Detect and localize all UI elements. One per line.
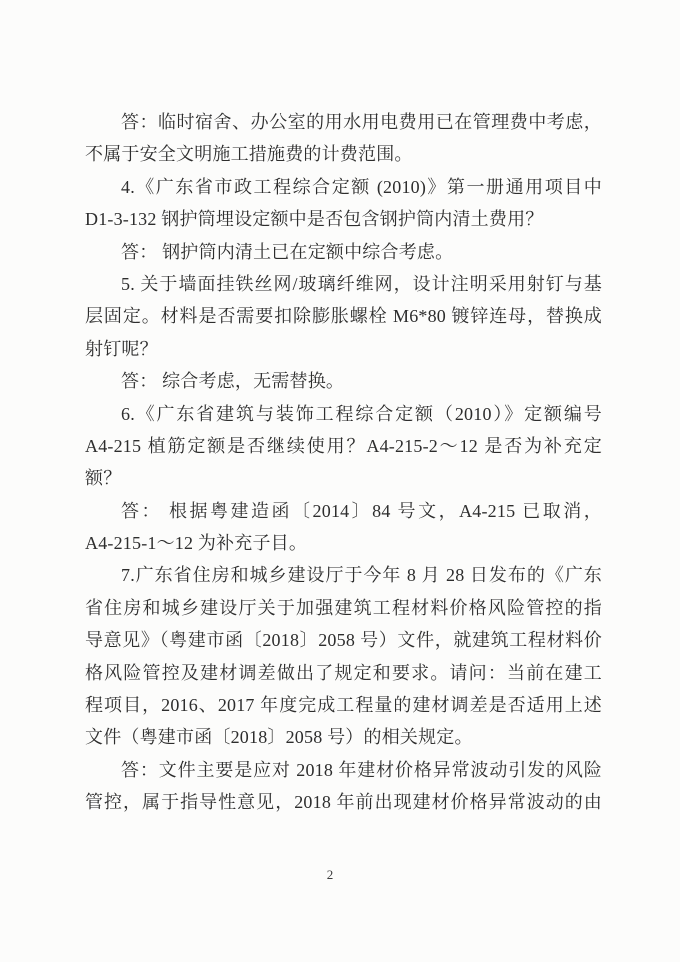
paragraph-answer: 答： 根据粤建造函〔2014〕84 号文，A4-215 已取消，A4-215-1… [85,495,602,560]
paragraph-question: 4.《广东省市政工程综合定额 (2010)》第一册通用项目中D1-3-132 钢… [85,171,602,236]
paragraph-question: 6.《广东省建筑与装饰工程综合定额（2010）》定额编号A4-215 植筋定额是… [85,398,602,495]
text-line: 文件（粤建市函〔2018〕2058 号）的相关规定。 [85,721,602,753]
paragraph-answer: 答：文件主要是应对 2018 年建材价格异常波动引发的风险管控，属于指导性意见，… [85,754,602,819]
text-line: A4-215 植筋定额是否继续使用？A4-215-2～12 是否为补充定 [85,430,602,462]
text-line: 不属于安全文明施工措施费的计费范围。 [85,138,602,170]
paragraph-answer: 答：临时宿舍、办公室的用水用电费用已在管理费中考虑，不属于安全文明施工措施费的计… [85,106,602,171]
text-line: 答：文件主要是应对 2018 年建材价格异常波动引发的风险 [85,754,602,786]
text-line: 程项目，2016、2017 年度完成工程量的建材调差是否适用上述 [85,689,602,721]
text-line: 7.广东省住房和城乡建设厅于今年 8 月 28 日发布的《广东 [85,559,602,591]
text-line: D1-3-132 钢护筒埋设定额中是否包含钢护筒内清土费用？ [85,203,602,235]
text-line: 答： 综合考虑，无需替换。 [85,365,602,397]
text-line: 答：临时宿舍、办公室的用水用电费用已在管理费中考虑， [85,106,602,138]
document-page: 答：临时宿舍、办公室的用水用电费用已在管理费中考虑，不属于安全文明施工措施费的计… [0,0,680,962]
paragraph-question: 7.广东省住房和城乡建设厅于今年 8 月 28 日发布的《广东省住房和城乡建设厅… [85,559,602,753]
text-line: 省住房和城乡建设厅关于加强建筑工程材料价格风险管控的指 [85,592,602,624]
document-body: 答：临时宿舍、办公室的用水用电费用已在管理费中考虑，不属于安全文明施工措施费的计… [85,106,602,819]
text-line: 管控，属于指导性意见，2018 年前出现建材价格异常波动的由 [85,786,602,818]
page-number: 2 [327,867,334,882]
text-line: A4-215-1～12 为补充子目。 [85,527,602,559]
text-line: 格风险管控及建材调差做出了规定和要求。请问：当前在建工 [85,657,602,689]
text-line: 5. 关于墙面挂铁丝网/玻璃纤维网，设计注明采用射钉与基 [85,268,602,300]
text-line: 导意见》（粤建市函〔2018〕2058 号）文件，就建筑工程材料价 [85,624,602,656]
text-line: 答： 根据粤建造函〔2014〕84 号文，A4-215 已取消， [85,495,602,527]
text-line: 4.《广东省市政工程综合定额 (2010)》第一册通用项目中 [85,171,602,203]
paragraph-question: 5. 关于墙面挂铁丝网/玻璃纤维网，设计注明采用射钉与基层固定。材料是否需要扣除… [85,268,602,365]
text-line: 射钉呢？ [85,333,602,365]
text-line: 答： 钢护筒内清土已在定额中综合考虑。 [85,236,602,268]
text-line: 额？ [85,462,602,494]
text-line: 层固定。材料是否需要扣除膨胀螺栓 M6*80 镀锌连母，替换成 [85,300,602,332]
page-footer: 2 [0,866,660,884]
paragraph-answer: 答： 综合考虑，无需替换。 [85,365,602,397]
paragraph-answer: 答： 钢护筒内清土已在定额中综合考虑。 [85,236,602,268]
text-line: 6.《广东省建筑与装饰工程综合定额（2010）》定额编号 [85,398,602,430]
